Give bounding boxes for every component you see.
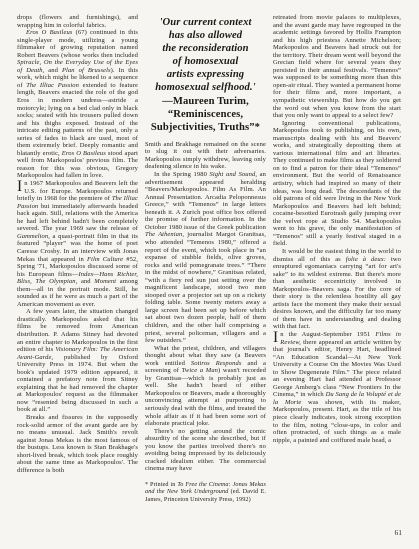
middle-column: 'Our current contexthas also allowedthe …: [145, 14, 266, 503]
text-run: Smith and Brakhage remained on the scene…: [145, 141, 266, 171]
pull-quote-line: has also allowed: [145, 29, 266, 42]
pull-quote-line: 'Our current context: [145, 16, 266, 29]
text-run: retreated from movie palaces to multiple…: [273, 14, 401, 119]
italic-text: The Illiac Passion: [26, 82, 79, 89]
right-column: retreated from movie palaces to multiple…: [273, 14, 401, 503]
paragraph: What the priest, children, and villagers…: [145, 345, 266, 428]
text-run: an advertisement appeared heralding “Bea…: [145, 171, 266, 231]
text-run: journalist Margot Granitsas, who attende…: [145, 231, 266, 344]
italic-text: The Athenian,: [145, 231, 184, 238]
italic-text: Sight and Sound,: [210, 171, 258, 178]
italic-text: Eros O Basileus: [62, 150, 106, 157]
text-run: there appeared an article written by tha…: [273, 339, 401, 399]
text-run: There's no getting around the comic absu…: [145, 428, 266, 473]
pull-quote-line: artists expressing: [145, 68, 266, 81]
paragraph: drops (flowers and furnishings), and wra…: [17, 14, 138, 29]
text-run: and: [44, 67, 62, 74]
footnote: * Printed in To Free the Cinema: Jonas M…: [145, 481, 266, 503]
paragraph: Breaks and fissures in the supposedly ro…: [17, 414, 138, 474]
italic-text: Plan of Brussels: [62, 67, 111, 74]
italic-text: Gammelion,: [17, 233, 50, 240]
italic-text: Film Culture: [87, 256, 123, 263]
text-run: two enraptured egomaniacs carrying “art …: [273, 256, 401, 331]
paragraph: Ignoring conventional publications, Mark…: [273, 120, 401, 248]
paragraph: Eros O Basileus (67) continued in this s…: [17, 29, 138, 180]
text-columns: drops (flowers and furnishings), and wra…: [17, 14, 403, 503]
book-page: drops (flowers and furnishings), and wra…: [0, 0, 419, 549]
paragraph: Smith and Brakhage remained on the scene…: [145, 141, 266, 171]
paragraph: In the Spring 1980 Sight and Sound, an a…: [145, 171, 266, 345]
paragraph: retreated from movie palaces to multiple…: [273, 14, 401, 120]
pull-quote: 'Our current contexthas also allowedthe …: [145, 16, 266, 134]
italic-text: folie à deux:: [346, 256, 386, 263]
text-run: ) wasn't recorded by Granitsas—which is …: [145, 367, 266, 427]
paragraph: It would be the easiest thing in the wor…: [273, 248, 401, 331]
pull-quote-line: homosexual selfhood.': [145, 81, 266, 94]
pull-quote-lines: 'Our current contexthas also allowedthe …: [145, 16, 266, 95]
text-run: was shown, with its maker, Markopoulos, …: [273, 399, 401, 444]
italic-text: Twice a Man: [182, 367, 218, 374]
text-run: In the Spring 1980: [154, 171, 210, 178]
pull-quote-line: of homosexual: [145, 55, 266, 68]
paragraph: A few years later, the situation changed…: [17, 308, 138, 414]
pull-quote-line: the reconsideration: [145, 42, 266, 55]
text-run: n the August-September 1951: [280, 331, 375, 338]
text-run: Ignoring conventional publications, Mark…: [273, 120, 401, 248]
text-run: * Printed in: [145, 481, 177, 488]
italic-text: Moment: [94, 278, 116, 285]
page-number: 61: [395, 528, 403, 537]
text-run: and: [77, 278, 94, 285]
italic-text: Sotiros Responds: [191, 360, 242, 367]
text-run: extended to feature length, Beavers enac…: [17, 82, 138, 157]
pull-quote-attribution: —Maureen Turim,“Reminiscences,Subjectivi…: [145, 95, 266, 134]
left-column: drops (flowers and furnishings), and wra…: [17, 14, 138, 503]
paragraph: In 1967 Markopoulos and Beavers left the…: [17, 180, 138, 308]
text-run: published by Oxford University Press in …: [17, 354, 138, 414]
paragraph: In the August-September 1951 Films in Re…: [273, 331, 401, 444]
italic-text: Eros O Basileus: [26, 29, 72, 36]
middle-column-text: Smith and Brakhage remained on the scene…: [145, 141, 266, 473]
paragraph: There's no getting around the comic absu…: [145, 428, 266, 473]
text-run: Breaks and fissures in the supposedly ro…: [17, 414, 138, 474]
text-run: drops (flowers and furnishings), and wra…: [17, 14, 138, 29]
pull-quote-attribution-line: —Maureen Turim,: [145, 95, 266, 108]
pull-quote-attribution-line: Subjectivities, Truths”*: [145, 121, 266, 134]
pull-quote-attribution-line: “Reminiscences,: [145, 108, 266, 121]
